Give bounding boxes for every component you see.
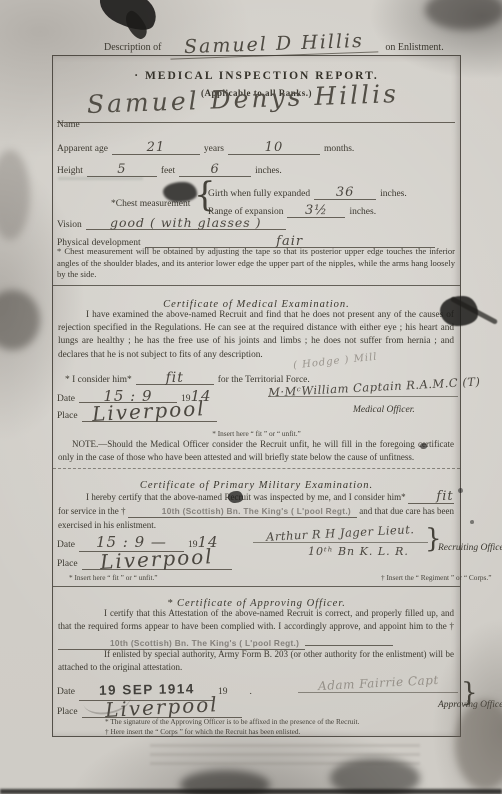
approving-unit-stamp: 10th (Scottish) Bn. The King's ( L'pool … [110,638,299,648]
expansion-value: 3½ [287,205,345,218]
primary-fit-line: fit [408,491,454,504]
primary-place-line: Liverpool [82,553,232,570]
scanned-medical-inspection-report: Description of Samuel D Hillis on Enlist… [0,0,502,794]
apparent-age-row: Apparent age 21 years 10 months. [57,138,354,156]
section-rule-2 [53,468,460,469]
recruiting-signature-unit: 10ᵗʰ Bn K. L. R. [308,542,409,560]
primary-unit-stamp-line: 10th (Scottish) Bn. The King's ( L'pool … [128,505,357,518]
medical-officer-label: Medical Officer. [353,399,415,417]
torn-bottom-edge [0,789,502,794]
name-rule [57,122,455,123]
stain-left-upper [0,150,30,240]
smudge-top-right [425,0,502,30]
approving-signature: Adam Fairrie Capt [298,674,458,693]
primary-unit-stamp: 10th (Scottish) Bn. The King's ( L'pool … [162,506,351,516]
primary-place-row: Place Liverpool [57,553,232,571]
section-rule-3 [53,586,460,587]
form-title: · MEDICAL INSPECTION REPORT. [53,66,460,84]
primary-fit-value: fit [436,489,453,504]
form-border-box: · MEDICAL INSPECTION REPORT. (Applicable… [52,55,461,737]
recruiting-signature: Arthur R H Jager Lieut. [253,524,428,543]
vision-line: good ( with glasses ) [86,217,286,230]
vision-value: good ( with glasses ) [110,215,262,230]
girth-row: Girth when fully expanded 36 inches. [208,183,407,201]
approving-cert-body1: I certify that this Attestation of the a… [58,607,454,650]
primary-insert-note-left: * Insert here “ fit ” or “ unfit.” [69,573,158,582]
stain-left-middle [0,290,40,350]
primary-insert-note-right: † Insert the “ Regiment ” or “ Corps.” [381,573,491,582]
smudge-bottom-1 [180,770,270,794]
approving-place-value: Liverpool [105,698,219,716]
ink-blot-top-left [94,0,163,37]
medical-cert-body: I have examined the above-named Recruit … [58,309,454,362]
ink-speck-3 [470,520,474,524]
fit-line: fit [136,372,214,385]
approving-unit-trailing-line [305,633,393,646]
name-label: Name [57,114,80,132]
description-suffix: on Enlistment. [385,42,443,53]
vision-row: Vision good ( with glasses ) [57,214,286,232]
height-feet-value: 5 [87,164,157,177]
medical-insert-note: * Insert here “ fit ” or “ unfit.” [53,429,460,438]
primary-place-value: Liverpool [100,550,214,568]
description-line: Description of Samuel D Hillis on Enlist… [104,33,444,56]
medical-place-row: Place Liverpool [57,405,217,423]
recruiting-officer-label: Recruiting Officer. [438,537,502,555]
fit-value: fit [166,370,184,386]
approving-footnote-1: * The signature of the Approving Officer… [105,717,359,726]
chest-footnote: * Chest measurement will be obtained by … [57,246,455,281]
medical-place-line: Liverpool [82,405,217,422]
description-prefix: Description of [104,42,162,53]
medical-officer-signature: M·MᶜWilliam Captain R.A.M.C (T) [268,378,458,397]
smudge-bottom-2 [330,758,420,794]
height-row: Height 5 feet 6 inches. [57,160,282,178]
section-rule-1 [53,285,460,286]
approving-footnote-2: † Here insert the “ Corps ” for which th… [105,727,300,736]
age-months-value: 10 [228,142,320,155]
medical-note: NOTE.—Should the Medical Officer conside… [58,438,454,463]
approving-cert-body2: If enlisted by special authority, Army F… [58,648,454,674]
approving-officer-label: Approving Officer. [438,694,502,712]
age-years-value: 21 [112,142,200,155]
medical-place-value: Liverpool [92,402,206,420]
girth-value: 36 [314,187,376,200]
chest-measurement-label: *Chest measurement [111,193,190,211]
smudge-bottom-right [455,700,502,790]
bleed-through-bottom [150,743,420,765]
approving-place-line: Liverpool [82,701,242,718]
name-value: Samuel Denys Hillis [87,90,399,119]
